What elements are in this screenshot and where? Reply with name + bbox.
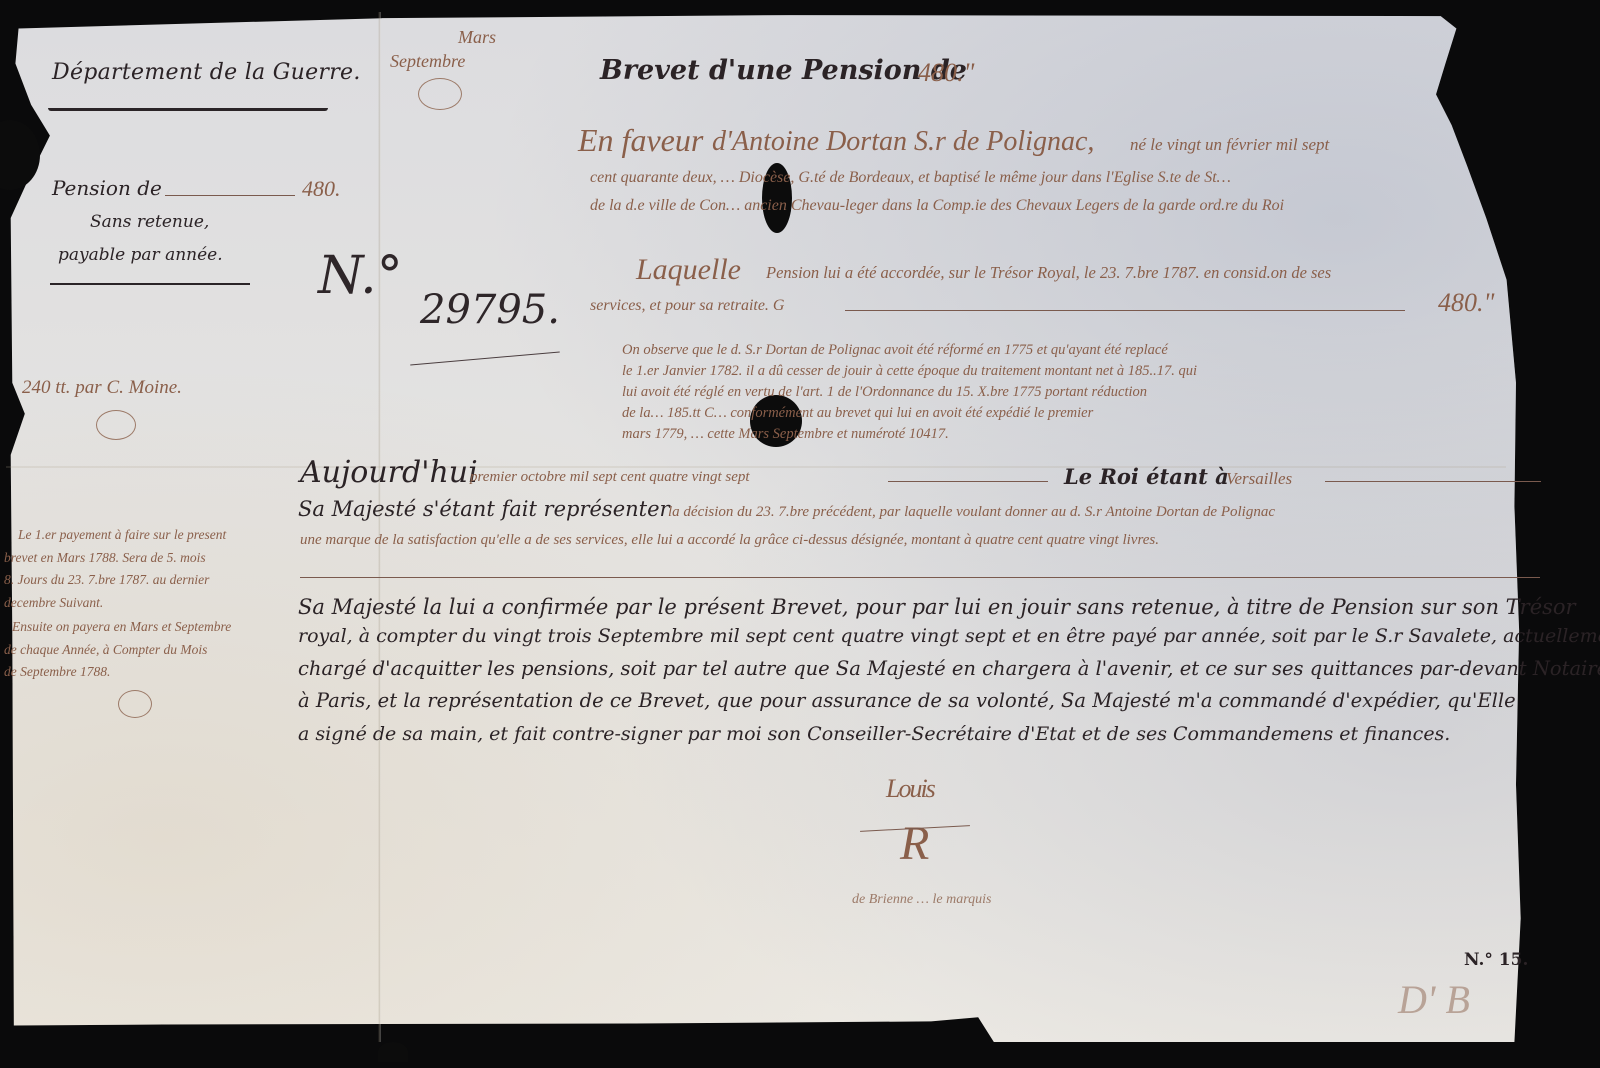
pension-label: Pension de	[52, 178, 162, 198]
aujourdhui-date: premier octobre mil sept cent quatre vin…	[470, 470, 750, 485]
fold-crease-horizontal	[6, 466, 1506, 468]
paraph-schedule	[118, 690, 152, 718]
confirm-line-3: chargé d'acquitter les pensions, soit pa…	[298, 659, 1600, 679]
grant-amount: 480."	[1438, 290, 1494, 316]
roi-leader-line	[1325, 481, 1541, 482]
confirm-line-1: Sa Majesté la lui a confirmée par le pré…	[298, 597, 1576, 618]
majeste-rest: la décision du 23. 7.bre précédent, par …	[668, 505, 1275, 520]
sheet-number: N.° 15.	[1464, 952, 1528, 969]
brevet-title-amount: 480."	[918, 60, 974, 86]
fold-crease-vertical	[378, 12, 381, 1042]
roi-place: Versailles	[1226, 470, 1292, 487]
grant-line-2: services, et pour sa retraite. G	[590, 298, 784, 314]
payment-term-septembre: Septembre	[390, 52, 465, 70]
pension-condition-sans-retenue: Sans retenue,	[90, 214, 209, 231]
grant-line-1: Pension lui a été accordée, sur le Tréso…	[766, 265, 1331, 282]
roi-label: Le Roi étant à	[1064, 466, 1229, 487]
beneficiary-lead: En faveur	[578, 124, 703, 156]
confirm-line-5: a signé de sa main, et fait contre-signe…	[298, 725, 1450, 744]
brevet-title: Brevet d'une Pension de	[600, 57, 967, 84]
transfer-note: 240 tt. par C. Moine.	[22, 378, 182, 397]
paraph-transfer	[96, 410, 136, 440]
register-number-label: N.°	[318, 250, 403, 302]
beneficiary-line-3: de la d.e ville de Con… ancien Chevau-le…	[590, 198, 1284, 214]
beneficiary-name: d'Antoine Dortan S.r de Polignac,	[712, 128, 1094, 156]
department-brace-rule	[48, 108, 328, 111]
marque-line: une marque de la satisfaction qu'elle a …	[300, 533, 1159, 548]
confirm-line-2: royal, à compter du vingt trois Septembr…	[298, 627, 1600, 646]
beneficiary-line-2: cent quarante deux, … Diocèse, G.té de B…	[590, 170, 1231, 186]
footer-initials: D' B	[1398, 980, 1470, 1020]
paraph-top	[418, 78, 462, 110]
king-signature: Louis	[886, 776, 934, 802]
aujourdhui-leader-line	[888, 481, 1048, 482]
pension-condition-payable: payable par année.	[58, 247, 223, 264]
main-separator-rule	[300, 577, 1540, 578]
register-number-value: 29795.	[420, 290, 560, 330]
pension-leader-line	[165, 195, 295, 196]
payment-term-mars: Mars	[458, 28, 496, 46]
confirm-line-4: à Paris, et la représentation de ce Brev…	[298, 691, 1516, 711]
grant-lead: Laquelle	[636, 255, 741, 285]
majeste-lead: Sa Majesté s'étant fait représenter	[298, 499, 670, 520]
pension-amount-margin: 480.	[302, 178, 341, 200]
countersign-note: de Brienne … le marquis	[852, 893, 991, 907]
beneficiary-birth: né le vingt un février mil sept	[1130, 136, 1329, 153]
parchment-sheet	[6, 12, 1574, 1042]
pension-underline	[50, 283, 250, 285]
burn-hole-bottom	[378, 1042, 408, 1062]
aujourdhui-lead: Aujourd'hui	[300, 458, 478, 488]
department-heading: Département de la Guerre.	[52, 62, 361, 84]
grant-leader-line	[845, 310, 1405, 311]
